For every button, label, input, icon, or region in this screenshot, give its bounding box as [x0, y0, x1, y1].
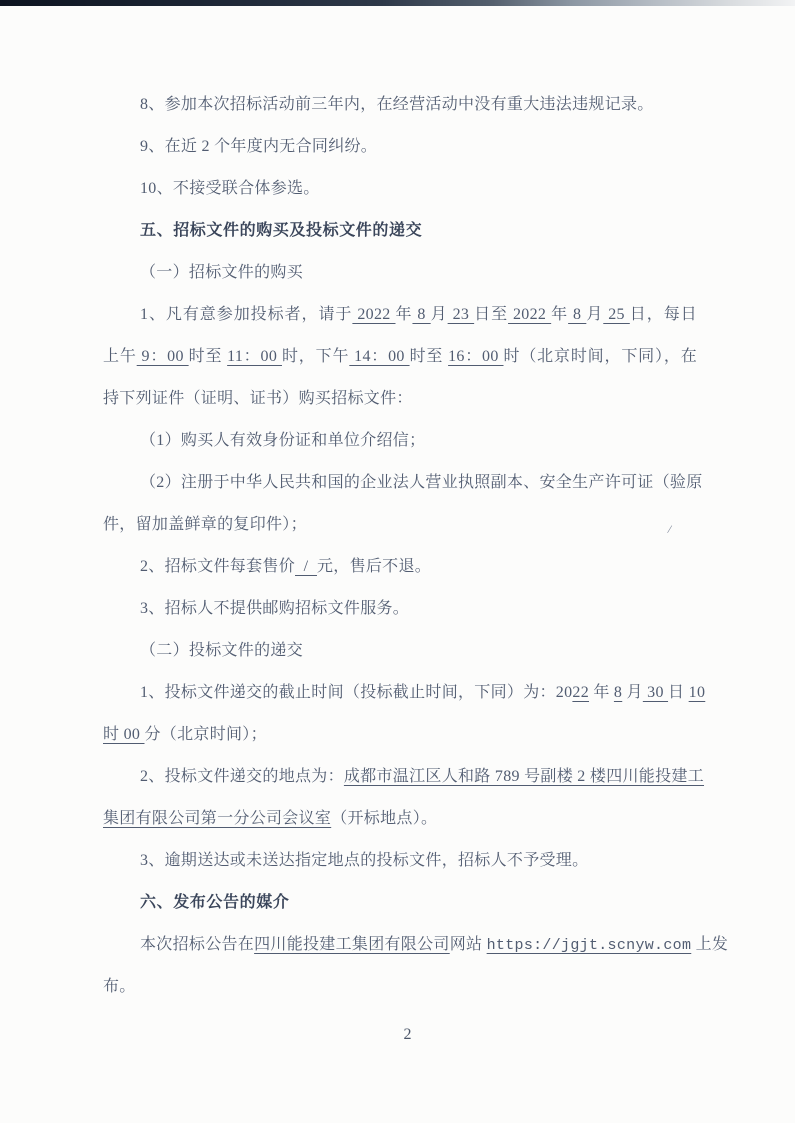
text-segment: （一）招标文件的购买: [140, 264, 303, 281]
text-segment: 月: [586, 306, 603, 323]
text-segment: 月: [622, 684, 643, 701]
underlined-text-segment: 2022: [352, 306, 395, 323]
text-segment: 上午: [103, 348, 137, 365]
announcement-media-line-1: 本次招标公告在四川能投建工集团有限公司网站 https://jgjt.scnyw…: [103, 924, 697, 966]
text-segment: 日，每日: [630, 306, 697, 323]
section-5-heading: 五、招标文件的购买及投标文件的递交: [103, 210, 697, 252]
text-segment: 元，售后不退。: [317, 558, 431, 575]
underlined-text-segment: 11：00: [227, 348, 282, 365]
text-segment: 9、在近 2 个年度内无合同纠纷。: [140, 138, 377, 155]
underlined-text-segment: 8: [412, 306, 430, 323]
text-segment: 2、招标文件每套售价: [140, 558, 295, 575]
scan-edge-artifact: [0, 0, 795, 6]
credential-item-2-line-1: （2）注册于中华人民共和国的企业法人营业执照副本、安全生产许可证（验原: [103, 462, 697, 504]
announcement-media-line-2: 布。: [103, 966, 697, 1008]
submission-address-line-1: 2、投标文件递交的地点为：成都市温江区人和路 789 号副楼 2 楼四川能投建工: [103, 756, 697, 798]
purchase-time-line-3: 持下列证件（证明、证书）购买招标文件：: [103, 378, 697, 420]
underlined-text-segment: 四川能投建工集团有限公司: [254, 936, 450, 953]
qualification-item-10: 10、不接受联合体参选。: [103, 168, 697, 210]
late-delivery-item: 3、逾期送达或未送达指定地点的投标文件，招标人不予受理。: [103, 840, 697, 882]
text-segment: 六、发布公告的媒介: [140, 894, 289, 911]
underlined-text-segment: 9：00: [137, 348, 189, 365]
text-segment: 1、凡有意参加投标者，请于: [140, 306, 352, 323]
text-segment: 本次招标公告在: [140, 936, 254, 953]
text-segment: 10、不接受联合体参选。: [140, 180, 320, 197]
underlined-text-segment: 集团有限公司第一分公司会议室: [103, 810, 331, 827]
document-page: 8、参加本次招标活动前三年内，在经营活动中没有重大违法违规记录。9、在近 2 个…: [0, 0, 795, 1123]
text-segment: 月: [431, 306, 448, 323]
underlined-text-segment: /: [295, 558, 317, 575]
page-number: 2: [0, 1014, 795, 1056]
text-segment: 件，留加盖鲜章的复印件）；: [103, 516, 307, 533]
underlined-text-segment: 30: [643, 684, 668, 701]
subsection-2-heading: （二）投标文件的递交: [103, 630, 697, 672]
text-segment: 年: [396, 306, 413, 323]
qualification-item-8: 8、参加本次招标活动前三年内，在经营活动中没有重大违法违规记录。: [103, 84, 697, 126]
text-segment: 持下列证件（证明、证书）购买招标文件：: [103, 390, 413, 407]
underlined-text-segment: 23: [448, 306, 475, 323]
underlined-text-segment: 22: [572, 684, 589, 701]
text-segment: （2）注册于中华人民共和国的企业法人营业执照副本、安全生产许可证（验原: [140, 474, 703, 491]
text-segment: 上发: [691, 936, 728, 953]
submission-address-line-2: 集团有限公司第一分公司会议室（开标地点）。: [103, 798, 697, 840]
underlined-text-segment: 2022: [508, 306, 551, 323]
text-segment: 3、招标人不提供邮购招标文件服务。: [140, 600, 409, 617]
text-segment: （二）投标文件的递交: [140, 642, 303, 659]
section-6-heading: 六、发布公告的媒介: [103, 882, 697, 924]
underlined-text-segment: 时 00: [103, 726, 145, 743]
document-price-item: 2、招标文件每套售价 / 元，售后不退。: [103, 546, 697, 588]
text-segment: 3、逾期送达或未送达指定地点的投标文件，招标人不予受理。: [140, 852, 588, 869]
credential-item-2-line-2: 件，留加盖鲜章的复印件）；: [103, 504, 697, 546]
underlined-text-segment: 8: [568, 306, 586, 323]
text-segment: 五、招标文件的购买及投标文件的递交: [140, 222, 422, 239]
underlined-text-segment: 成都市温江区人和路 789 号副楼 2 楼四川能投建工: [344, 768, 704, 785]
credential-item-1: （1）购买人有效身份证和单位介绍信；: [103, 420, 697, 462]
document-body: 8、参加本次招标活动前三年内，在经营活动中没有重大违法违规记录。9、在近 2 个…: [103, 84, 697, 1008]
subsection-1-heading: （一）招标文件的购买: [103, 252, 697, 294]
text-segment: 8、参加本次招标活动前三年内，在经营活动中没有重大违法违规记录。: [140, 96, 654, 113]
underlined-text-segment: 16：00: [448, 348, 503, 365]
underlined-text-segment: 25: [603, 306, 630, 323]
text-segment: （1）购买人有效身份证和单位介绍信；: [140, 432, 425, 449]
underlined-text-segment: https://jgjt.scnyw.com: [487, 937, 692, 954]
no-mail-order-item: 3、招标人不提供邮购招标文件服务。: [103, 588, 697, 630]
underlined-text-segment: 10: [689, 684, 706, 701]
purchase-time-line-1: 1、凡有意参加投标者，请于 2022 年 8 月 23 日至 2022 年 8 …: [103, 294, 697, 336]
text-segment: 1、投标文件递交的截止时间（投标截止时间，下同）为：20: [140, 684, 572, 701]
purchase-time-line-2: 上午 9：00 时至 11：00 时，下午 14：00 时至 16：00 时（北…: [103, 336, 697, 378]
submission-deadline-line-1: 1、投标文件递交的截止时间（投标截止时间，下同）为：2022 年 8 月 30 …: [103, 672, 697, 714]
submission-deadline-line-2: 时 00 分（北京时间）；: [103, 714, 697, 756]
underlined-text-segment: 14：00: [349, 348, 409, 365]
text-segment: 布。: [103, 978, 136, 995]
text-segment: 时至: [189, 348, 228, 365]
text-segment: 时，下午: [282, 348, 349, 365]
text-segment: 年: [551, 306, 568, 323]
text-segment: 网站: [450, 936, 487, 953]
text-segment: 2、投标文件递交的地点为：: [140, 768, 344, 785]
text-segment: 日: [668, 684, 689, 701]
text-segment: （开标地点）。: [331, 810, 437, 827]
qualification-item-9: 9、在近 2 个年度内无合同纠纷。: [103, 126, 697, 168]
text-segment: 时（北京时间，下同），在: [504, 348, 698, 365]
underlined-text-segment: 8: [614, 684, 622, 701]
text-segment: 时至: [410, 348, 449, 365]
text-segment: 年: [589, 684, 614, 701]
text-segment: 分（北京时间）；: [145, 726, 267, 743]
text-segment: 日至: [474, 306, 508, 323]
